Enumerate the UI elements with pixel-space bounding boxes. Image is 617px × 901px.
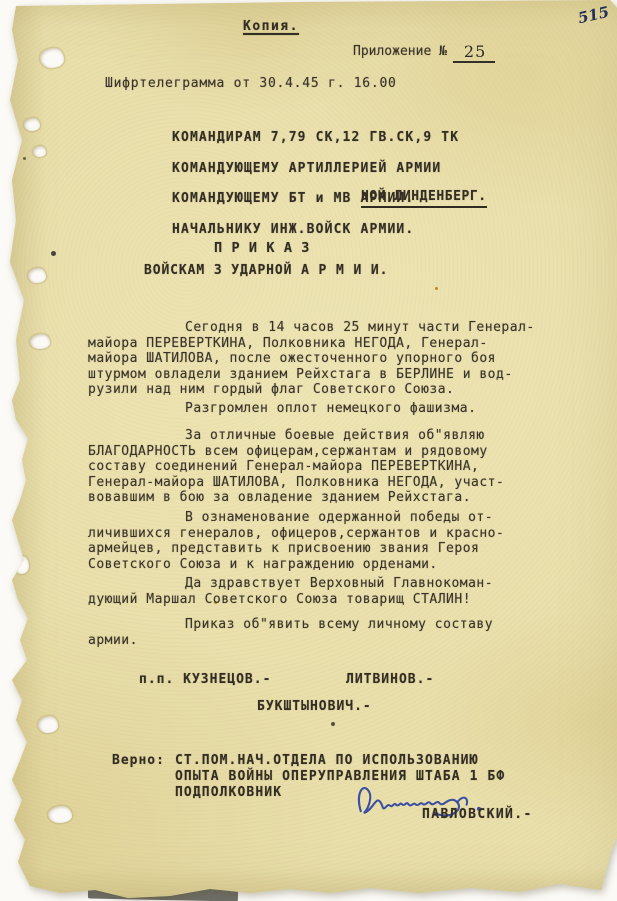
appendix-label: Приложение № bbox=[353, 44, 447, 59]
order-title: П Р И К А З bbox=[214, 241, 310, 257]
document-page-wrapper: Копия. Приложение №25 515 Шифртелеграмма… bbox=[0, 0, 617, 901]
paragraph: За отличные боевые действия об"являю БЛА… bbox=[88, 428, 562, 506]
telegram-line: Шифртелеграмма от 30.4.45 г. 16.00 bbox=[105, 76, 397, 92]
signature-kuznetsov: п.п. КУЗНЕЦОВ.- bbox=[139, 672, 271, 688]
copy-label: Копия. bbox=[243, 19, 299, 35]
addressee-line: КОМАНДИРАМ 7,79 СК,12 ГВ.СК,9 ТК bbox=[172, 130, 459, 145]
paragraph: Сегодня в 14 часов 25 минут части Генера… bbox=[88, 320, 562, 398]
punch-hole bbox=[38, 716, 58, 733]
ink-speck bbox=[331, 722, 335, 726]
punch-hole bbox=[24, 118, 40, 131]
paragraph: Разгромлен оплот немецкого фашизма. bbox=[88, 401, 562, 417]
punch-hole bbox=[14, 556, 29, 574]
signature-bukshtynovich: БУКШТЫНОВИЧ.- bbox=[257, 699, 372, 715]
certifier-name: ПАВЛОВСКИЙ.- bbox=[422, 807, 533, 823]
addressee-line: НАЧАЛЬНИКУ ИНЖ.ВОЙСК АРМИИ. bbox=[172, 222, 459, 237]
stain-speck bbox=[435, 287, 438, 290]
document-page: Копия. Приложение №25 515 Шифртелеграмма… bbox=[0, 0, 617, 901]
signature-litvinov: ЛИТВИНОВ.- bbox=[346, 672, 434, 688]
certified-label: Верно: bbox=[112, 753, 165, 769]
recipient-location: НОЙ ЛИНДЕНБЕРГ. bbox=[361, 189, 487, 208]
punch-hole bbox=[33, 146, 46, 157]
addressee-line: КОМАНДУЮЩЕМУ АРТИЛЛЕРИЕЙ АРМИИ bbox=[172, 161, 459, 176]
punch-hole bbox=[28, 268, 46, 283]
ink-speck bbox=[23, 157, 26, 160]
appendix-number: 25 bbox=[453, 42, 495, 63]
ink-speck bbox=[51, 251, 56, 256]
order-subtitle: ВОЙСКАМ 3 УДАРНОЙ А Р М И И. bbox=[144, 263, 388, 279]
paragraph: В ознаменование одержанной победы от- ли… bbox=[88, 510, 562, 572]
appendix-line: Приложение №25 bbox=[353, 40, 495, 61]
punch-hole bbox=[40, 48, 64, 68]
paragraph: Приказ об"явить всему личному составу ар… bbox=[88, 617, 562, 648]
paragraph: Да здравствует Верховный Главнокоман- ду… bbox=[88, 576, 562, 607]
page-number: 515 bbox=[577, 5, 611, 27]
punch-hole bbox=[48, 806, 72, 823]
addressee-block: КОМАНДИРАМ 7,79 СК,12 ГВ.СК,9 ТК КОМАНДУ… bbox=[172, 115, 459, 253]
punch-hole bbox=[30, 334, 50, 349]
